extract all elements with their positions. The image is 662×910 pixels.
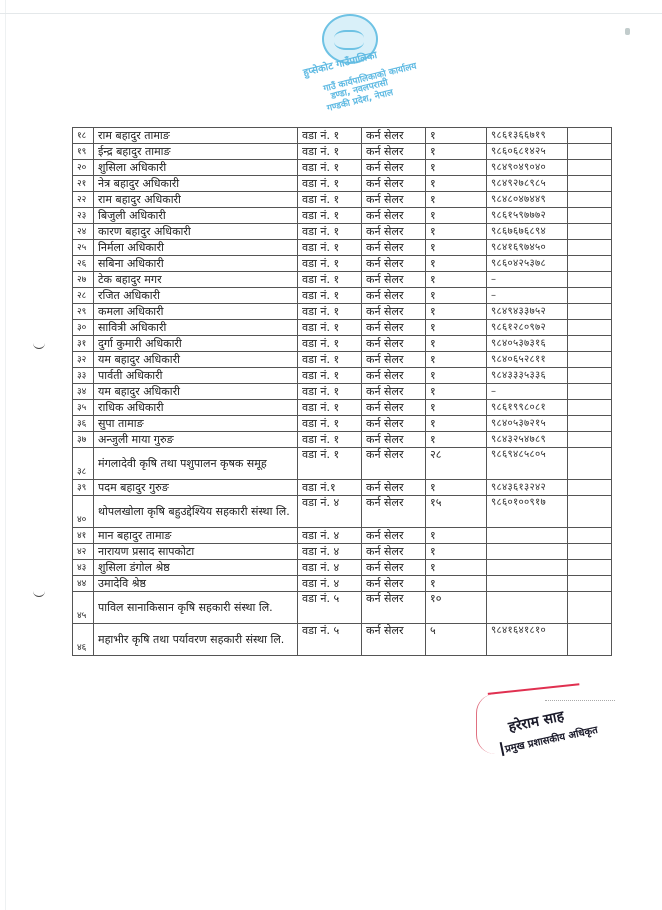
cell-place: कर्न सेलर	[362, 592, 426, 624]
cell-name: राम बहादुर अधिकारी	[94, 192, 298, 208]
cell-name: नेत्र बहादुर अधिकारी	[94, 176, 298, 192]
cell-sn: ३७	[73, 432, 94, 448]
cell-count: १	[426, 272, 487, 288]
cell-place: कर्न सेलर	[362, 432, 426, 448]
cell-count: १	[426, 528, 487, 544]
cell-sn: २०	[73, 160, 94, 176]
cell-name: बिजुली अधिकारी	[94, 208, 298, 224]
cell-name: सबिना अधिकारी	[94, 256, 298, 272]
cell-name: टेक बहादुर मगर	[94, 272, 298, 288]
cell-blank	[568, 192, 612, 208]
cell-sn: ४१	[73, 528, 94, 544]
cell-sn: २१	[73, 176, 94, 192]
cell-count: १	[426, 256, 487, 272]
cell-count: १	[426, 160, 487, 176]
table-row: २३बिजुली अधिकारीवडा नं. १कर्न सेलर१९८६१५…	[73, 208, 612, 224]
cell-count: १	[426, 224, 487, 240]
cell-name: थोपलखोला कृषि बहुउद्देश्यिय सहकारी संस्थ…	[94, 496, 298, 528]
cell-ward: वडा नं. ४	[298, 576, 362, 592]
cell-blank	[568, 592, 612, 624]
scan-speck	[625, 28, 630, 35]
cell-name: राधिक अधिकारी	[94, 400, 298, 416]
cell-place: कर्न सेलर	[362, 240, 426, 256]
cell-blank	[568, 352, 612, 368]
table-row: ४५पाविल सानाकिसान कृषि सहकारी संस्था लि.…	[73, 592, 612, 624]
cell-name: रजित अधिकारी	[94, 288, 298, 304]
cell-blank	[568, 416, 612, 432]
cell-ward: वडा नं. १	[298, 272, 362, 288]
cell-sn: ३६	[73, 416, 94, 432]
table-row: ४६महाभीर कृषि तथा पर्यावरण सहकारी संस्था…	[73, 624, 612, 656]
cell-phone	[487, 528, 568, 544]
cell-count: १	[426, 576, 487, 592]
cell-sn: ३०	[73, 320, 94, 336]
cell-place: कर्न सेलर	[362, 128, 426, 144]
table-row: ३३पार्वती अधिकारीवडा नं. १कर्न सेलर१९८४३…	[73, 368, 612, 384]
cell-count: ५	[426, 624, 487, 656]
cell-phone	[487, 544, 568, 560]
cell-name: राम बहादुर तामाङ	[94, 128, 298, 144]
cell-place: कर्न सेलर	[362, 288, 426, 304]
beneficiary-table: १८राम बहादुर तामाङवडा नं. १कर्न सेलर१९८६…	[72, 127, 612, 656]
cell-name: शुसिला डंगोल श्रेष्ठ	[94, 560, 298, 576]
cell-ward: वडा नं. ४	[298, 560, 362, 576]
punch-hole-mark	[33, 590, 45, 597]
signature-stroke	[476, 694, 495, 754]
cell-place: कर्न सेलर	[362, 256, 426, 272]
cell-blank	[568, 288, 612, 304]
cell-sn: २५	[73, 240, 94, 256]
cell-place: कर्न सेलर	[362, 416, 426, 432]
table-row: २८रजित अधिकारीवडा नं. १कर्न सेलर१–	[73, 288, 612, 304]
cell-blank	[568, 496, 612, 528]
table-row: २५निर्मला अधिकारीवडा नं. १कर्न सेलर१९८४१…	[73, 240, 612, 256]
cell-name: नारायण प्रसाद सापकोटा	[94, 544, 298, 560]
cell-phone: ९८४९०४९०४०	[487, 160, 568, 176]
cell-phone: ९८४०६५२८११	[487, 352, 568, 368]
cell-count: १	[426, 416, 487, 432]
cell-name: महाभीर कृषि तथा पर्यावरण सहकारी संस्था ल…	[94, 624, 298, 656]
cell-name: मंगलादेवी कृषि तथा पशुपालन कृषक समूह	[94, 448, 298, 480]
cell-sn: ३२	[73, 352, 94, 368]
cell-count: १	[426, 176, 487, 192]
cell-sn: ३१	[73, 336, 94, 352]
cell-phone: ९८४१६९७४५०	[487, 240, 568, 256]
cell-phone: ९८६९४८५८०५	[487, 448, 568, 480]
cell-name: निर्मला अधिकारी	[94, 240, 298, 256]
cell-blank	[568, 368, 612, 384]
cell-place: कर्न सेलर	[362, 560, 426, 576]
cell-name: पदम बहादुर गुरुङ	[94, 480, 298, 496]
cell-blank	[568, 544, 612, 560]
table-row: ३७अन्जुली माया गुरुङवडा नं. १कर्न सेलर१९…	[73, 432, 612, 448]
cell-name: ईन्द्र बहादुर तामाङ	[94, 144, 298, 160]
table-row: ३८मंगलादेवी कृषि तथा पशुपालन कृषक समूहवड…	[73, 448, 612, 480]
table-row: २१नेत्र बहादुर अधिकारीवडा नं. १कर्न सेलर…	[73, 176, 612, 192]
page-margin-line	[5, 0, 6, 910]
cell-sn: ४५	[73, 592, 94, 624]
cell-phone	[487, 560, 568, 576]
cell-ward: वडा नं. ४	[298, 544, 362, 560]
cell-count: २८	[426, 448, 487, 480]
cell-count: १	[426, 144, 487, 160]
cell-count: १	[426, 352, 487, 368]
cell-count: १	[426, 240, 487, 256]
cell-blank	[568, 144, 612, 160]
cell-place: कर्न सेलर	[362, 368, 426, 384]
cell-sn: २४	[73, 224, 94, 240]
cell-blank	[568, 224, 612, 240]
cell-count: १	[426, 288, 487, 304]
cell-phone: ९८६१९९८०८१	[487, 400, 568, 416]
cell-sn: ३३	[73, 368, 94, 384]
table-row: २९कमला अधिकारीवडा नं. १कर्न सेलर१९८४९४३३…	[73, 304, 612, 320]
cell-place: कर्न सेलर	[362, 272, 426, 288]
cell-count: १	[426, 192, 487, 208]
table-row: ३९पदम बहादुर गुरुङवडा नं.१कर्न सेलर१९८४३…	[73, 480, 612, 496]
cell-place: कर्न सेलर	[362, 304, 426, 320]
cell-blank	[568, 256, 612, 272]
cell-phone	[487, 576, 568, 592]
table-row: २६सबिना अधिकारीवडा नं. १कर्न सेलर१९८६०४२…	[73, 256, 612, 272]
cell-name: कमला अधिकारी	[94, 304, 298, 320]
cell-phone: ९८४०५३७२१५	[487, 416, 568, 432]
cell-ward: वडा नं. १	[298, 288, 362, 304]
cell-phone: ९८६१३६६७१९	[487, 128, 568, 144]
cell-sn: २७	[73, 272, 94, 288]
cell-ward: वडा नं. १	[298, 320, 362, 336]
cell-place: कर्न सेलर	[362, 480, 426, 496]
cell-ward: वडा नं. १	[298, 144, 362, 160]
cell-blank	[568, 528, 612, 544]
cell-sn: ४२	[73, 544, 94, 560]
cell-blank	[568, 400, 612, 416]
table-row: ४३शुसिला डंगोल श्रेष्ठवडा नं. ४कर्न सेलर…	[73, 560, 612, 576]
cell-blank	[568, 480, 612, 496]
cell-sn: २६	[73, 256, 94, 272]
cell-ward: वडा नं. ४	[298, 496, 362, 528]
cell-sn: ३५	[73, 400, 94, 416]
cell-sn: ३४	[73, 384, 94, 400]
cell-name: दुर्गा कुमारी अधिकारी	[94, 336, 298, 352]
table-row: ४४उमादेवि श्रेष्ठवडा नं. ४कर्न सेलर१	[73, 576, 612, 592]
cell-name: यम बहादुर अधिकारी	[94, 384, 298, 400]
cell-phone: ९८६०६८१४२५	[487, 144, 568, 160]
cell-name: शुसिला अधिकारी	[94, 160, 298, 176]
punch-hole-mark	[33, 342, 45, 349]
table-row: ४१मान बहादुर तामाङवडा नं. ४कर्न सेलर१	[73, 528, 612, 544]
cell-count: १०	[426, 592, 487, 624]
cell-ward: वडा नं. १	[298, 176, 362, 192]
cell-ward: वडा नं. १	[298, 400, 362, 416]
cell-place: कर्न सेलर	[362, 352, 426, 368]
table-row: २७टेक बहादुर मगरवडा नं. १कर्न सेलर१–	[73, 272, 612, 288]
cell-blank	[568, 448, 612, 480]
table-row: १९ईन्द्र बहादुर तामाङवडा नं. १कर्न सेलर१…	[73, 144, 612, 160]
cell-blank	[568, 160, 612, 176]
cell-sn: ४६	[73, 624, 94, 656]
cell-blank	[568, 304, 612, 320]
cell-name: कारण बहादुर अधिकारी	[94, 224, 298, 240]
cell-count: १	[426, 304, 487, 320]
cell-count: १	[426, 560, 487, 576]
cell-ward: वडा नं. १	[298, 432, 362, 448]
cell-ward: वडा नं. १	[298, 224, 362, 240]
cell-ward: वडा नं. ५	[298, 592, 362, 624]
cell-ward: वडा नं.१	[298, 480, 362, 496]
cell-place: कर्न सेलर	[362, 192, 426, 208]
cell-sn: २२	[73, 192, 94, 208]
cell-phone: ९८६१२८०९७२	[487, 320, 568, 336]
cell-blank	[568, 432, 612, 448]
cell-ward: वडा नं. १	[298, 128, 362, 144]
cell-ward: वडा नं. १	[298, 384, 362, 400]
signature-block: हरेराम साह प्रमुख प्रशासकीय अधिकृत	[470, 680, 650, 760]
cell-phone: ९८४३२५४७८९	[487, 432, 568, 448]
table-row: २४कारण बहादुर अधिकारीवडा नं. १कर्न सेलर१…	[73, 224, 612, 240]
cell-ward: वडा नं. १	[298, 160, 362, 176]
cell-count: १	[426, 400, 487, 416]
cell-phone: –	[487, 384, 568, 400]
cell-place: कर्न सेलर	[362, 624, 426, 656]
cell-sn: ४४	[73, 576, 94, 592]
cell-phone: ९८४०५३७३१६	[487, 336, 568, 352]
table-row: २२राम बहादुर अधिकारीवडा नं. १कर्न सेलर१९…	[73, 192, 612, 208]
cell-name: अन्जुली माया गुरुङ	[94, 432, 298, 448]
table-row: ३१दुर्गा कुमारी अधिकारीवडा नं. १कर्न सेल…	[73, 336, 612, 352]
cell-phone: ९८६१५९७७७२	[487, 208, 568, 224]
cell-count: १	[426, 480, 487, 496]
cell-phone: ९८४९४३३७५२	[487, 304, 568, 320]
cell-ward: वडा नं. १	[298, 416, 362, 432]
cell-place: कर्न सेलर	[362, 160, 426, 176]
cell-sn: २८	[73, 288, 94, 304]
cell-phone: ९८४९२७८९८५	[487, 176, 568, 192]
cell-place: कर्न सेलर	[362, 208, 426, 224]
cell-name: सावित्री अधिकारी	[94, 320, 298, 336]
cell-sn: २९	[73, 304, 94, 320]
cell-name: पाविल सानाकिसान कृषि सहकारी संस्था लि.	[94, 592, 298, 624]
cell-phone	[487, 592, 568, 624]
table-row: ३६सुपा तामाङवडा नं. १कर्न सेलर१९८४०५३७२१…	[73, 416, 612, 432]
cell-ward: वडा नं. १	[298, 336, 362, 352]
table-row: ३४यम बहादुर अधिकारीवडा नं. १कर्न सेलर१–	[73, 384, 612, 400]
cell-phone: –	[487, 272, 568, 288]
cell-blank	[568, 272, 612, 288]
cell-phone: ९८६०४२५३७८	[487, 256, 568, 272]
cell-place: कर्न सेलर	[362, 144, 426, 160]
cell-count: १	[426, 432, 487, 448]
table-row: १८राम बहादुर तामाङवडा नं. १कर्न सेलर१९८६…	[73, 128, 612, 144]
cell-sn: ४३	[73, 560, 94, 576]
cell-place: कर्न सेलर	[362, 528, 426, 544]
cell-ward: वडा नं. १	[298, 368, 362, 384]
cell-count: १	[426, 336, 487, 352]
cell-blank	[568, 240, 612, 256]
cell-place: कर्न सेलर	[362, 448, 426, 480]
cell-blank	[568, 560, 612, 576]
cell-count: १	[426, 544, 487, 560]
cell-phone: ९८४८०४७४४९	[487, 192, 568, 208]
cell-blank	[568, 176, 612, 192]
cell-ward: वडा नं. ५	[298, 624, 362, 656]
cell-ward: वडा नं. ४	[298, 528, 362, 544]
cell-count: १	[426, 128, 487, 144]
cell-place: कर्न सेलर	[362, 496, 426, 528]
signature-dotted-line	[545, 700, 615, 701]
table-row: ४२नारायण प्रसाद सापकोटावडा नं. ४कर्न सेल…	[73, 544, 612, 560]
cell-phone: ९८४३६१३२४२	[487, 480, 568, 496]
cell-name: सुपा तामाङ	[94, 416, 298, 432]
cell-count: १	[426, 384, 487, 400]
cell-phone: ९८६०१००९१७	[487, 496, 568, 528]
cell-place: कर्न सेलर	[362, 320, 426, 336]
cell-place: कर्न सेलर	[362, 544, 426, 560]
cell-place: कर्न सेलर	[362, 384, 426, 400]
cell-place: कर्न सेलर	[362, 576, 426, 592]
cell-place: कर्न सेलर	[362, 176, 426, 192]
cell-ward: वडा नं. १	[298, 192, 362, 208]
cell-blank	[568, 320, 612, 336]
cell-name: पार्वती अधिकारी	[94, 368, 298, 384]
cell-ward: वडा नं. १	[298, 304, 362, 320]
cell-sn: १९	[73, 144, 94, 160]
table-row: ३५राधिक अधिकारीवडा नं. १कर्न सेलर१९८६१९९…	[73, 400, 612, 416]
cell-place: कर्न सेलर	[362, 224, 426, 240]
cell-name: यम बहादुर अधिकारी	[94, 352, 298, 368]
cell-ward: वडा नं. १	[298, 240, 362, 256]
cell-count: १	[426, 320, 487, 336]
cell-sn: २३	[73, 208, 94, 224]
table-row: ३०सावित्री अधिकारीवडा नं. १कर्न सेलर१९८६…	[73, 320, 612, 336]
cell-ward: वडा नं. १	[298, 352, 362, 368]
cell-ward: वडा नं. १	[298, 448, 362, 480]
cell-blank	[568, 384, 612, 400]
cell-name: मान बहादुर तामाङ	[94, 528, 298, 544]
table-row: ४०थोपलखोला कृषि बहुउद्देश्यिय सहकारी संस…	[73, 496, 612, 528]
cell-blank	[568, 128, 612, 144]
cell-ward: वडा नं. १	[298, 208, 362, 224]
cell-blank	[568, 624, 612, 656]
office-seal-stamp: हुप्सेकोट गाउँपालिका गाउँ कार्यपालिकाको …	[300, 10, 418, 106]
cell-sn: १८	[73, 128, 94, 144]
cell-sn: ३९	[73, 480, 94, 496]
cell-sn: ४०	[73, 496, 94, 528]
cell-count: १	[426, 208, 487, 224]
cell-phone: –	[487, 288, 568, 304]
cell-place: कर्न सेलर	[362, 336, 426, 352]
cell-blank	[568, 336, 612, 352]
cell-blank	[568, 576, 612, 592]
cell-blank	[568, 208, 612, 224]
table-body: १८राम बहादुर तामाङवडा नं. १कर्न सेलर१९८६…	[73, 128, 612, 656]
cell-phone: ९८६७६७६८९४	[487, 224, 568, 240]
cell-phone: ९८४३३३५३३६	[487, 368, 568, 384]
cell-ward: वडा नं. १	[298, 256, 362, 272]
cell-sn: ३८	[73, 448, 94, 480]
cell-phone: ९८४१६४१८१०	[487, 624, 568, 656]
table-row: २०शुसिला अधिकारीवडा नं. १कर्न सेलर१९८४९०…	[73, 160, 612, 176]
cell-place: कर्न सेलर	[362, 400, 426, 416]
cell-name: उमादेवि श्रेष्ठ	[94, 576, 298, 592]
table-row: ३२यम बहादुर अधिकारीवडा नं. १कर्न सेलर१९८…	[73, 352, 612, 368]
cell-count: १५	[426, 496, 487, 528]
cell-count: १	[426, 368, 487, 384]
